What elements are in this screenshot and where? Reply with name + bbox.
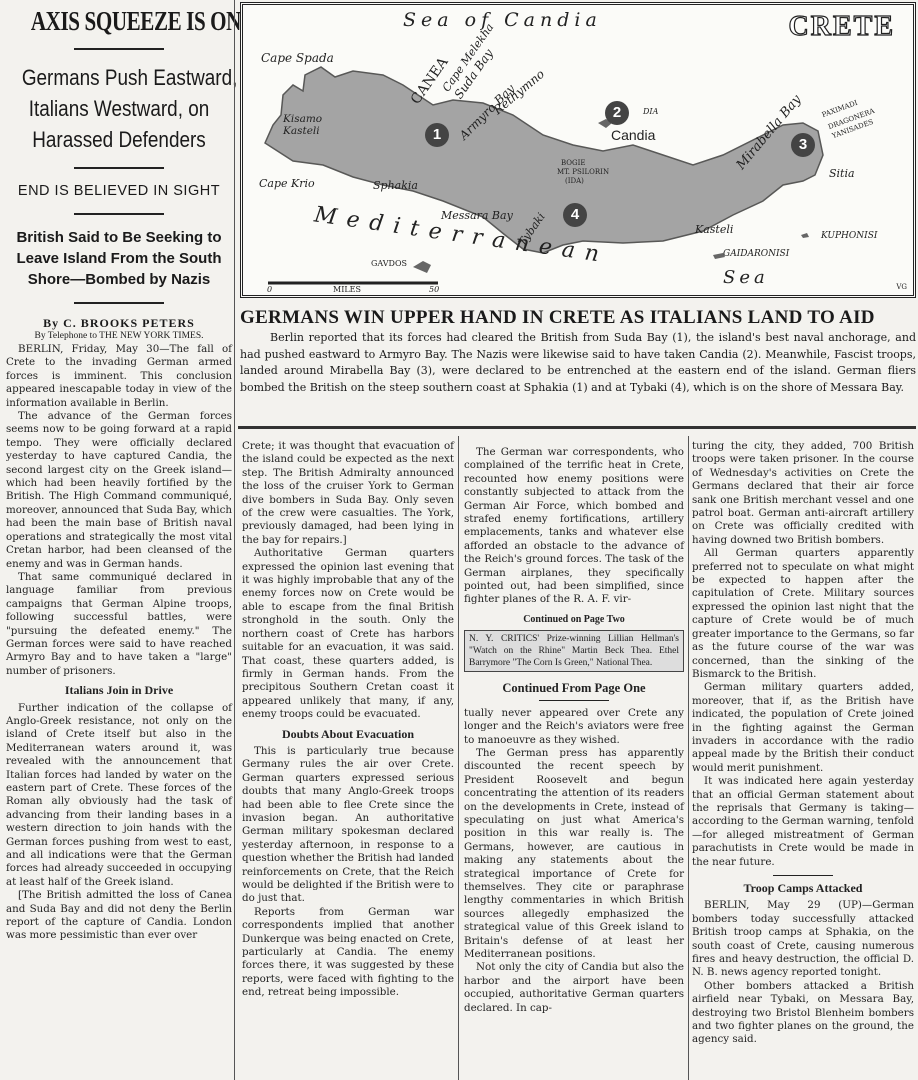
place-label: Cape Krio [259, 177, 315, 190]
paragraph: BERLIN, Friday, May 30—The fall of Crete… [6, 343, 232, 410]
paragraph: Further indication of the collapse of An… [6, 702, 232, 890]
article-column-2: Crete; it was thought that evacuation of… [242, 440, 454, 1000]
continued-head: Continued From Page One [464, 682, 684, 695]
paragraph: All German quarters apparently preferred… [692, 547, 914, 681]
paragraph: Other bombers attacked a British airfiel… [692, 980, 914, 1047]
paragraph: Crete; it was thought that evacuation of… [242, 440, 454, 547]
deck-line: Shore—Bombed by Nazis [6, 269, 232, 290]
divider [773, 875, 833, 876]
map-marker-1: 1 [425, 123, 449, 147]
paragraph: tually never appeared over Crete any lon… [464, 707, 684, 747]
article-column-4: turing the city, they added, 700 British… [692, 440, 914, 1047]
paragraph: The advance of the German forces seems n… [6, 410, 232, 571]
place-label: Sitia [829, 167, 855, 180]
main-headline: AXIS SQUEEZE IS ON [31, 6, 207, 36]
paragraph: [The British admitted the loss of Canea … [6, 889, 232, 943]
deck-line: Italians Westward, on [22, 93, 216, 124]
paragraph: The German war correspondents, who compl… [464, 446, 684, 607]
jump-line: Continued on Page Two [464, 613, 684, 626]
map-title: CRETE [789, 11, 895, 43]
deck-line: Leave Island From the South [6, 248, 232, 269]
paragraph: The German press has apparently discount… [464, 747, 684, 962]
paragraph: Reports from German war correspondents i… [242, 906, 454, 1000]
place-label: Kisamo Kasteli [283, 113, 323, 137]
column-rule [688, 436, 689, 1080]
paragraph: Not only the city of Candia but also the… [464, 961, 684, 1015]
caption-headline: GERMANS WIN UPPER HAND IN CRETE AS ITALI… [240, 306, 916, 330]
place-label: Sphakia [373, 179, 418, 192]
scale-start: 0 [267, 285, 272, 294]
paragraph: Authoritative German quarters expressed … [242, 547, 454, 721]
divider [74, 302, 164, 304]
map-marker-3: 3 [791, 133, 815, 157]
paragraph: This is particularly true because German… [242, 745, 454, 906]
theater-ad: N. Y. CRITICS' Prize-winning Lillian Hel… [464, 630, 684, 672]
caption-text: Berlin reported that its forces had clea… [240, 330, 916, 396]
map-caption: GERMANS WIN UPPER HAND IN CRETE AS ITALI… [240, 306, 916, 396]
paragraph: BERLIN, May 29 (UP)—German bombers today… [692, 899, 914, 979]
divider [74, 167, 164, 169]
subhead: Doubts About Evacuation [242, 728, 454, 741]
place-label: Messara Bay [441, 209, 513, 222]
deck-subhead: END IS BELIEVED IN SIGHT [6, 181, 232, 201]
place-label: KUPHONISI [821, 231, 877, 241]
map-marker-2: 2 [605, 101, 629, 125]
scale-end: 50 [429, 285, 439, 294]
place-label: Cape Spada [261, 51, 334, 65]
place-label: DIA [643, 107, 658, 116]
article-column-3: The German war correspondents, who compl… [464, 446, 684, 1015]
sea-label-south-2: Sea [723, 267, 769, 288]
paragraph: It was indicated here again yesterday th… [692, 775, 914, 869]
place-label: MT. PSILORIN [557, 168, 609, 176]
place-label: Candia [611, 127, 655, 143]
place-label: GAIDARONISI [723, 249, 789, 259]
scale-label: MILES [333, 285, 361, 294]
paragraph: turing the city, they added, 700 British… [692, 440, 914, 547]
headline-column: AXIS SQUEEZE IS ON Germans Push Eastward… [6, 0, 232, 943]
subhead: Italians Join in Drive [6, 684, 232, 697]
article-column-1: BERLIN, Friday, May 30—The fall of Crete… [6, 343, 232, 943]
divider [74, 48, 164, 50]
paragraph: German military quarters added, moreover… [692, 681, 914, 775]
column-rule [234, 0, 235, 1080]
divider [74, 213, 164, 215]
place-label: GAVDOS [371, 259, 407, 268]
map-marker-4: 4 [563, 203, 587, 227]
crete-map: CRETE Sea of Candia Mediterranean Sea Ca… [240, 2, 916, 298]
subhead: Troop Camps Attacked [692, 882, 914, 895]
deck-line: British Said to Be Seeking to [6, 227, 232, 248]
deck-line: Germans Push Eastward, [22, 62, 216, 93]
artist-credit: VG [896, 283, 907, 291]
place-label: (IDA) [565, 177, 584, 185]
deck-line: Harassed Defenders [22, 124, 216, 155]
caption-paragraph: Berlin reported that its forces had clea… [240, 330, 916, 396]
place-label: BOGIE [561, 159, 585, 167]
paragraph: That same communiqué declared in languag… [6, 571, 232, 678]
place-label: Kasteli [695, 223, 733, 236]
column-rule [458, 436, 459, 1080]
wire-credit: By Telephone to THE NEW YORK TIMES. [6, 331, 232, 341]
caption-rule [238, 426, 916, 429]
sea-label-north: Sea of Candia [403, 9, 602, 31]
divider [539, 700, 609, 701]
byline: By C. BROOKS PETERS [6, 316, 232, 331]
